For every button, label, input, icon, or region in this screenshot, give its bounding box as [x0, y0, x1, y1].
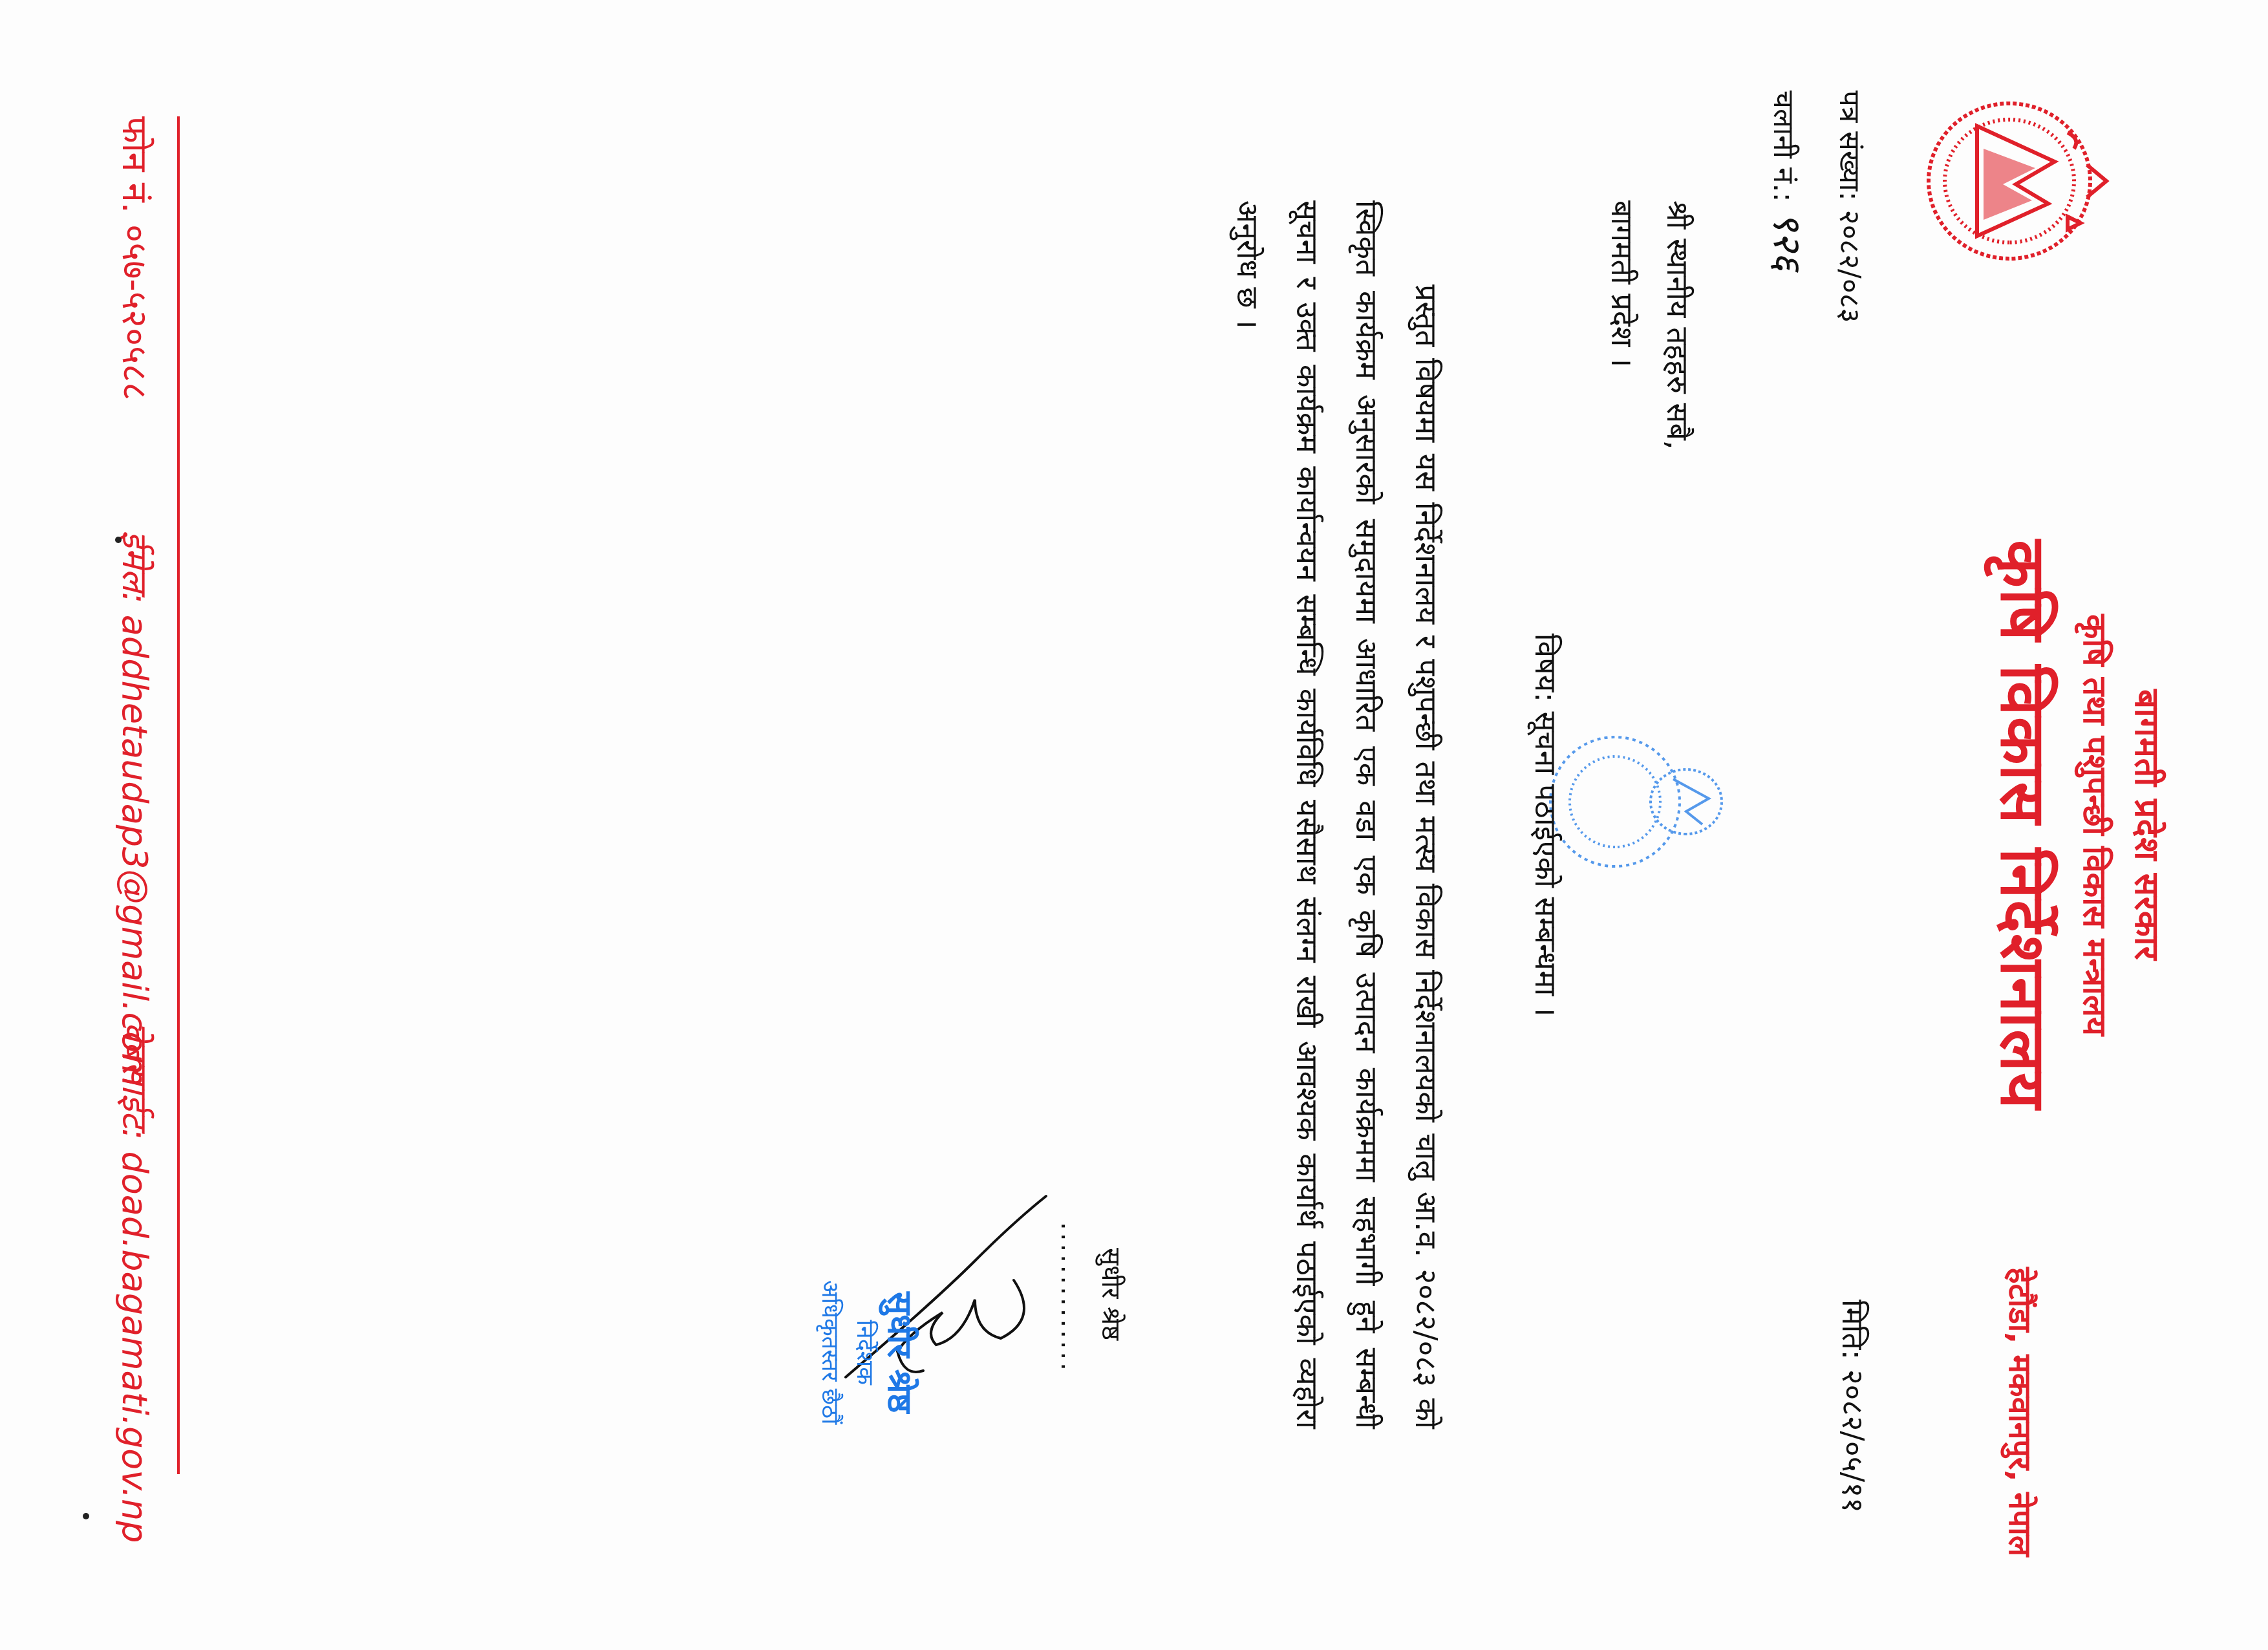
official-letter-page: बागमती प्रदेश सरकार कृषि तथा पशुपन्छी वि… [0, 0, 2268, 1650]
chalani-number: चलानी नं.: ९२६ [1762, 91, 1815, 272]
signatory-name-stamp: सुधीर श्रेष्ठ निर्देशक अधिकृतस्तर छैठौं [812, 1280, 917, 1424]
stamp-title: निर्देशक [847, 1280, 882, 1424]
addressee-line-1: श्री स्थानीय तहहरु सबै, [1650, 200, 1706, 449]
scan-speck [83, 1513, 89, 1519]
chalani-label: चलानी नं.: [1767, 91, 1800, 202]
signatory-printed-name: सुधीर श्रेष्ठ [1095, 1248, 1130, 1340]
footer-divider [177, 116, 180, 1474]
footer-phone: फोन नं. ०५७-५२०५८८ [112, 116, 160, 400]
stamp-name: सुधीर श्रेष्ठ [882, 1280, 917, 1424]
stamp-designation: अधिकृतस्तर छैठौं [812, 1280, 847, 1424]
footer-website[interactable]: वेबसाईट: doad.bagamati.gov.np [112, 1022, 160, 1543]
letter-date: मिति: २०८२/०५/११ [1834, 1300, 1874, 1513]
scan-speck [115, 537, 122, 543]
subject-line: विषय: सूचना पठाईएको सम्बन्धमा । [1526, 0, 1567, 1650]
subject-label: विषय: [1528, 634, 1563, 702]
footer-email[interactable]: ईमेल: addhetaudap3@gmail.com [112, 530, 160, 1087]
patra-sankhya-label: पत्र संख्या: [1833, 91, 1866, 201]
signature-dotted-line: .............. [1055, 1222, 1085, 1373]
patra-sankhya: पत्र संख्या: २०८२/०८३ [1832, 91, 1870, 323]
addressee-line-2: बागमती प्रदेश । [1594, 200, 1650, 449]
subject-text: सूचना पठाईएको सम्बन्धमा । [1528, 712, 1563, 1017]
ministry-name: कृषि तथा पशुपन्छी विकास मन्त्रालय [2074, 0, 2118, 1650]
date-label: मिति: [1835, 1300, 1870, 1360]
body-paragraph: प्रस्तुत विषयमा यस निर्देशनालय र पशुपन्छ… [1218, 200, 1456, 1429]
patra-sankhya-value: २०८२/०८३ [1833, 210, 1866, 323]
office-seal-stamp-icon [1544, 685, 1738, 918]
addressee-block: श्री स्थानीय तहहरु सबै, बागमती प्रदेश । [1594, 200, 1706, 449]
office-location: हेटौंडा, मकवानपुर, नेपाल [2000, 1267, 2042, 1556]
chalani-value-handwritten: ९२६ [1764, 211, 1810, 272]
government-name: बागमती प्रदेश सरकार [2125, 0, 2171, 1650]
date-value: २०८२/०५/११ [1835, 1369, 1870, 1513]
